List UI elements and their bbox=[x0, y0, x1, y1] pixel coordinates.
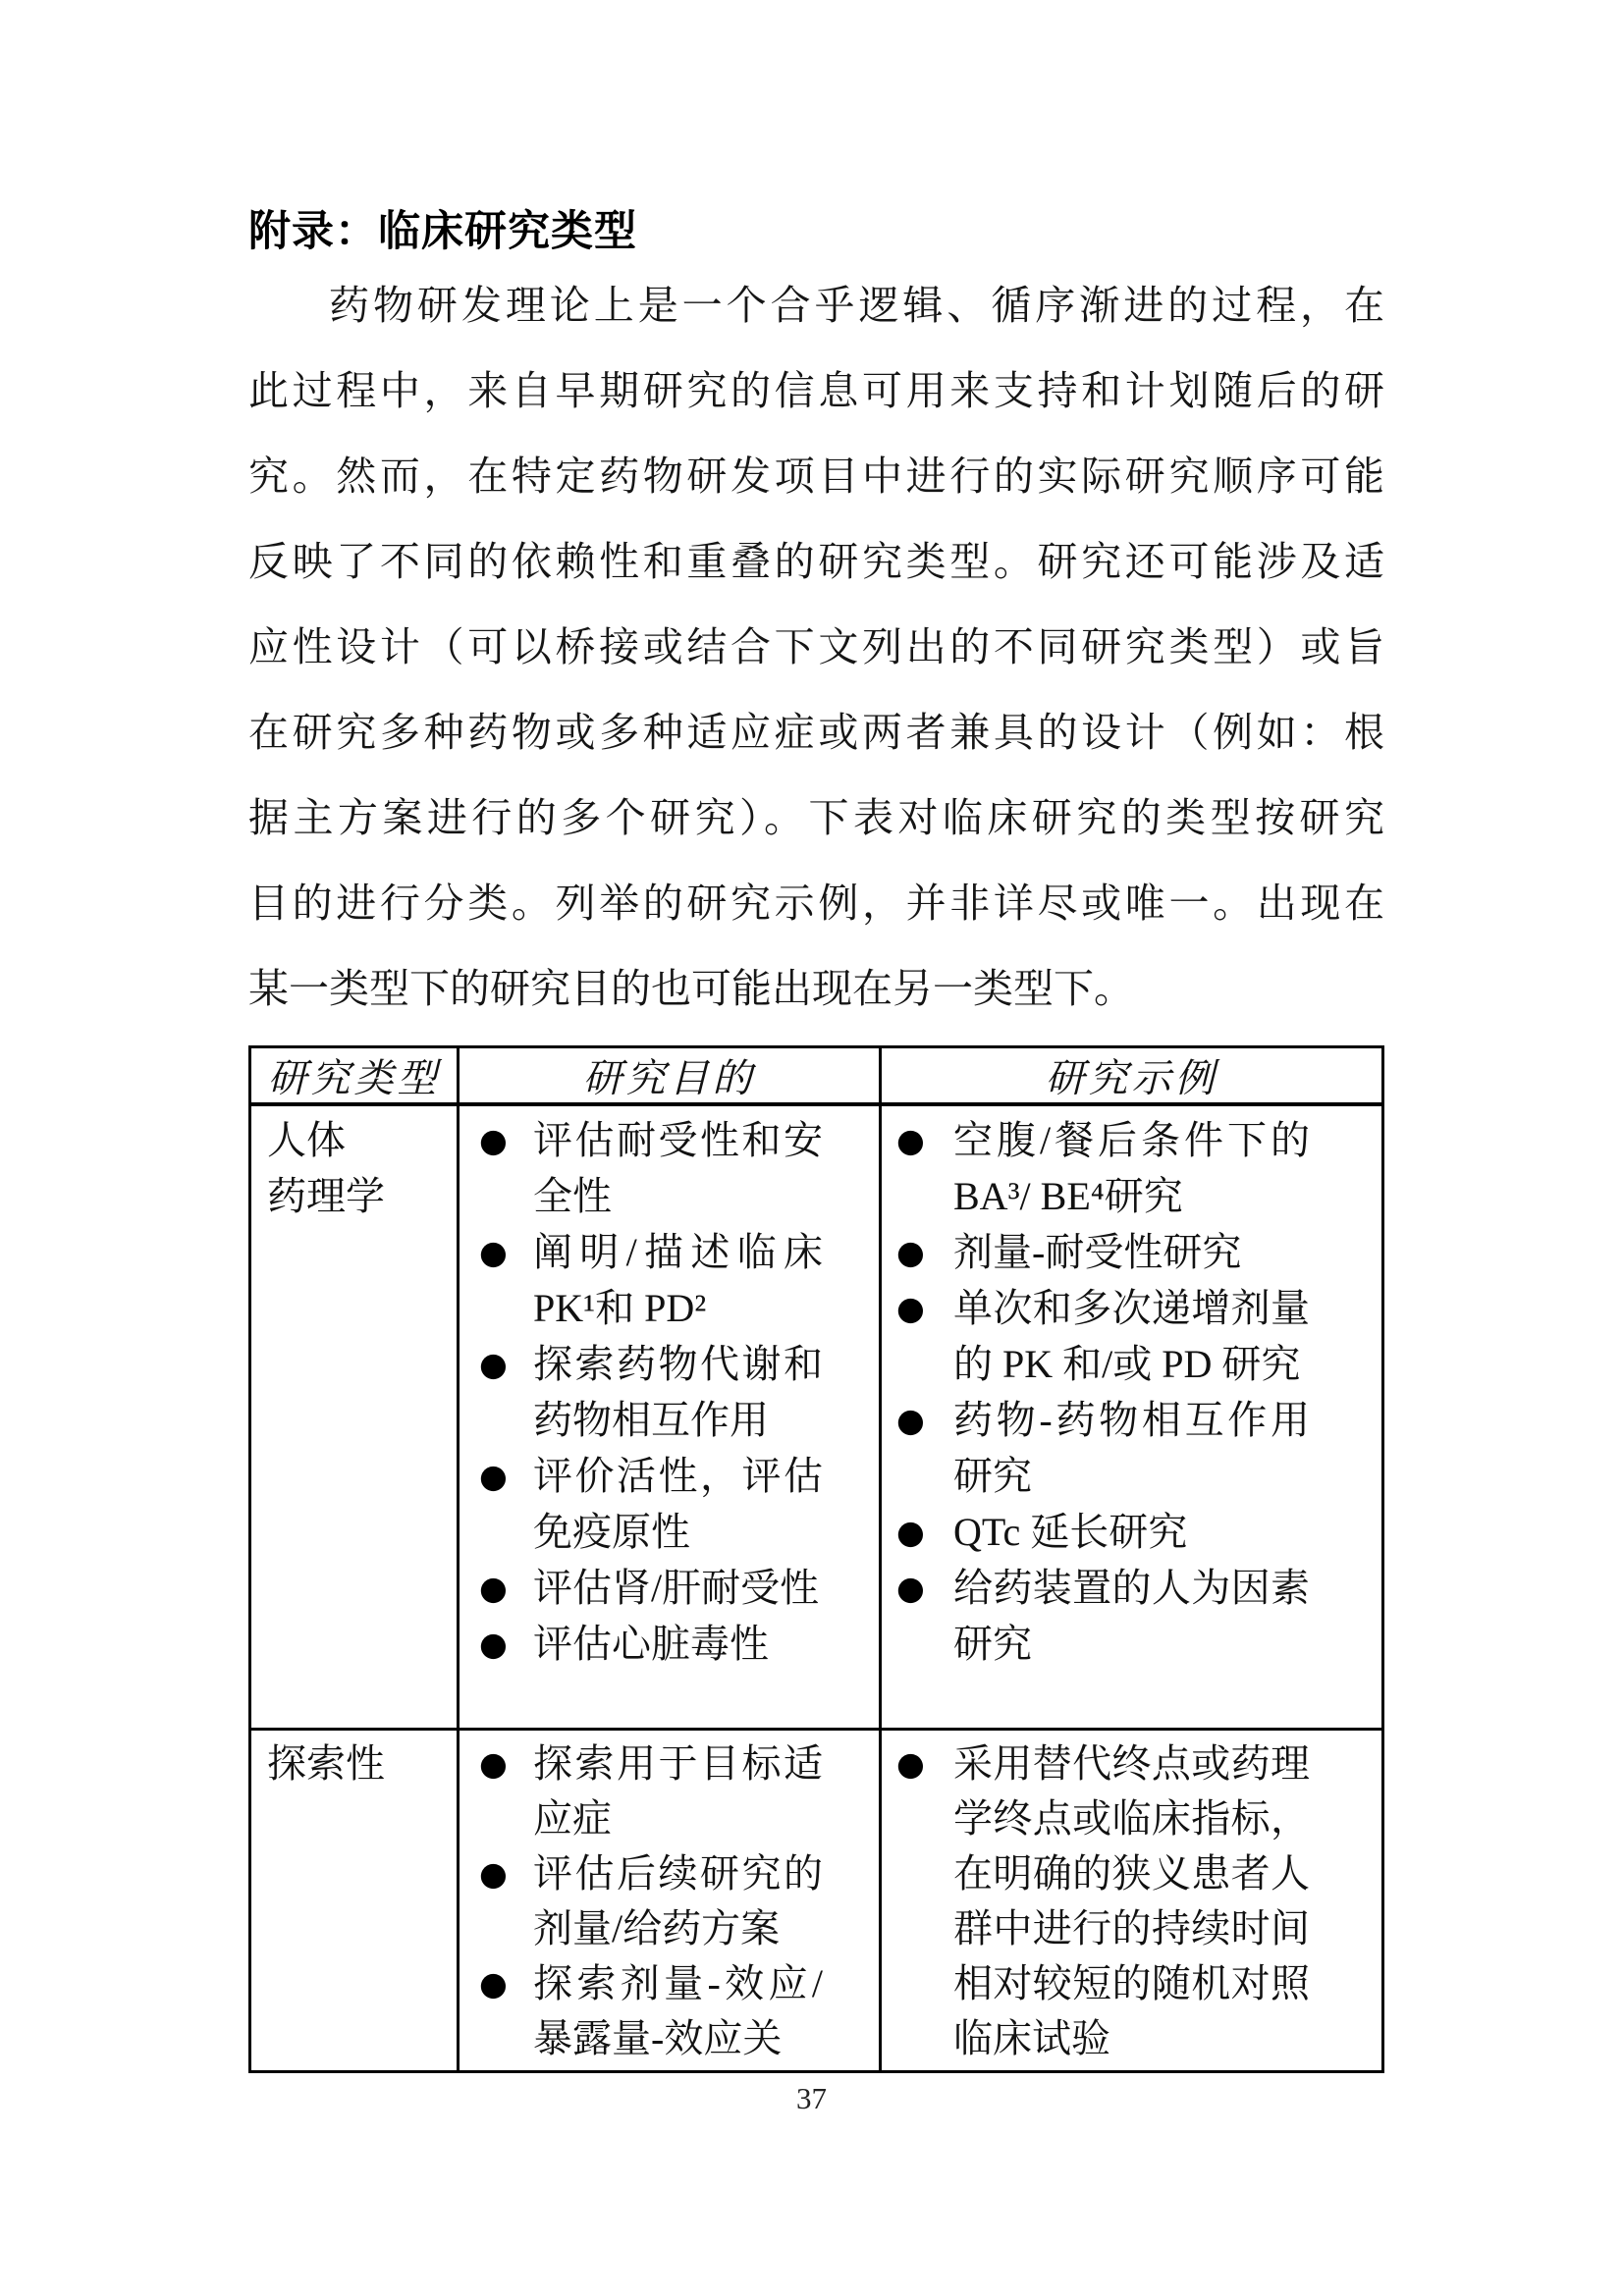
bullet-icon: ● bbox=[896, 1504, 953, 1560]
example-text: 采用替代终点或药理学终点或临床指标，在明确的狭义患者人群中进行的持续时间相对较短… bbox=[953, 1736, 1310, 2066]
exploratory-type-cell: 探索性 bbox=[251, 1731, 460, 2070]
bullet-icon: ● bbox=[896, 1280, 953, 1336]
document-page: 附录：临床研究类型 药物研发理论上是一个合乎逻辑、循序渐进的过程，在 此过程中，… bbox=[0, 0, 1623, 2296]
bullet-icon: ● bbox=[479, 1560, 533, 1616]
col-header-study-example: 研究示例 bbox=[882, 1048, 1381, 1106]
bullet-icon: ● bbox=[479, 1846, 533, 1901]
bullet-icon: ● bbox=[896, 1392, 953, 1448]
type-line: 人体 bbox=[267, 1112, 449, 1168]
objective-text: 探索用于目标适应症 bbox=[533, 1736, 823, 1846]
example-item: ● 采用替代终点或药理学终点或临床指标，在明确的狭义患者人群中进行的持续时间相对… bbox=[896, 1736, 1381, 2066]
exploratory-examples-cell: ● 采用替代终点或药理学终点或临床指标，在明确的狭义患者人群中进行的持续时间相对… bbox=[882, 1731, 1381, 2070]
objective-item: ● 评估心脏毒性 bbox=[479, 1616, 879, 1672]
objective-item: ● 探索用于目标适应症 bbox=[479, 1736, 879, 1846]
study-types-table: 研究类型 研究目的 研究示例 人体 药理学 ● 评估耐受性和安全性 bbox=[248, 1045, 1384, 2073]
objective-text: 评价活性，评估免疫原性 bbox=[533, 1448, 823, 1560]
objective-item: ● 评估耐受性和安全性 bbox=[479, 1112, 879, 1224]
objective-item: ● 评估后续研究的剂量/给药方案 bbox=[479, 1846, 879, 1956]
bullet-icon: ● bbox=[479, 1224, 533, 1280]
bullet-icon: ● bbox=[896, 1112, 953, 1168]
paragraph-line: 反映了不同的依赖性和重叠的研究类型。研究还可能涉及适 bbox=[248, 519, 1384, 605]
objective-text: 评估后续研究的剂量/给药方案 bbox=[533, 1846, 823, 1956]
objective-item: ● 探索药物代谢和药物相互作用 bbox=[479, 1336, 879, 1448]
human-pharmacology-examples-cell: ● 空腹/餐后条件下的BA³/ BE⁴研究 ● 剂量-耐受性研究 ● 单次和多次… bbox=[882, 1106, 1381, 1731]
example-text: 给药装置的人为因素研究 bbox=[953, 1560, 1310, 1672]
paragraph-line: 此过程中，来自早期研究的信息可用来支持和计划随后的研 bbox=[248, 348, 1384, 434]
example-text: 剂量-耐受性研究 bbox=[953, 1224, 1310, 1280]
human-pharmacology-objectives-cell: ● 评估耐受性和安全性 ● 阐明/描述临床PK¹和 PD² ● 探索药物代谢和药… bbox=[460, 1106, 882, 1731]
bullet-icon: ● bbox=[896, 1736, 953, 1791]
objective-text: 评估心脏毒性 bbox=[533, 1616, 823, 1672]
paragraph-line: 某一类型下的研究目的也可能出现在另一类型下。 bbox=[248, 946, 1384, 1032]
bullet-icon: ● bbox=[896, 1560, 953, 1616]
objective-text: 评估耐受性和安全性 bbox=[533, 1112, 823, 1224]
objective-text: 探索药物代谢和药物相互作用 bbox=[533, 1336, 823, 1448]
example-item: ● 空腹/餐后条件下的BA³/ BE⁴研究 bbox=[896, 1112, 1381, 1224]
objective-text: 阐明/描述临床PK¹和 PD² bbox=[533, 1224, 823, 1336]
col-header-study-type: 研究类型 bbox=[251, 1048, 460, 1106]
objective-text: 评估肾/肝耐受性 bbox=[533, 1560, 823, 1616]
example-text: QTc 延长研究 bbox=[953, 1504, 1310, 1560]
bullet-icon: ● bbox=[479, 1448, 533, 1504]
example-text: 药物-药物相互作用研究 bbox=[953, 1392, 1310, 1504]
bullet-icon: ● bbox=[479, 1736, 533, 1791]
bullet-icon: ● bbox=[479, 1112, 533, 1168]
page-content: 附录：临床研究类型 药物研发理论上是一个合乎逻辑、循序渐进的过程，在 此过程中，… bbox=[248, 201, 1384, 2073]
example-item: ● QTc 延长研究 bbox=[896, 1504, 1381, 1560]
bullet-icon: ● bbox=[479, 1336, 533, 1392]
example-item: ● 药物-药物相互作用研究 bbox=[896, 1392, 1381, 1504]
paragraph-line: 药物研发理论上是一个合乎逻辑、循序渐进的过程，在 bbox=[248, 263, 1384, 348]
bullet-icon: ● bbox=[896, 1224, 953, 1280]
bullet-icon: ● bbox=[479, 1616, 533, 1672]
paragraph-line: 在研究多种药物或多种适应症或两者兼具的设计（例如：根 bbox=[248, 690, 1384, 775]
objective-text: 探索剂量-效应/暴露量-效应关 bbox=[533, 1956, 823, 2066]
objective-item: ● 阐明/描述临床PK¹和 PD² bbox=[479, 1224, 879, 1336]
page-number: 37 bbox=[0, 2081, 1623, 2116]
paragraph-line: 据主方案进行的多个研究）。下表对临床研究的类型按研究 bbox=[248, 775, 1384, 861]
paragraph-line: 究。然而，在特定药物研发项目中进行的实际研究顺序可能 bbox=[248, 434, 1384, 519]
paragraph-line: 目的进行分类。列举的研究示例，并非详尽或唯一。出现在 bbox=[248, 861, 1384, 946]
human-pharmacology-type-cell: 人体 药理学 bbox=[251, 1106, 460, 1731]
type-line: 药理学 bbox=[267, 1168, 449, 1224]
objective-item: ● 评估肾/肝耐受性 bbox=[479, 1560, 879, 1616]
intro-paragraph: 药物研发理论上是一个合乎逻辑、循序渐进的过程，在 此过程中，来自早期研究的信息可… bbox=[248, 263, 1384, 1032]
page-title: 附录：临床研究类型 bbox=[248, 201, 1384, 263]
objective-item: ● 评价活性，评估免疫原性 bbox=[479, 1448, 879, 1560]
example-item: ● 剂量-耐受性研究 bbox=[896, 1224, 1381, 1280]
bullet-icon: ● bbox=[479, 1956, 533, 2011]
paragraph-line: 应性设计（可以桥接或结合下文列出的不同研究类型）或旨 bbox=[248, 605, 1384, 690]
objective-item: ● 探索剂量-效应/暴露量-效应关 bbox=[479, 1956, 879, 2066]
exploratory-objectives-cell: ● 探索用于目标适应症 ● 评估后续研究的剂量/给药方案 ● 探索剂量-效应/暴… bbox=[460, 1731, 882, 2070]
type-line: 探索性 bbox=[267, 1736, 449, 1791]
col-header-study-objective: 研究目的 bbox=[460, 1048, 882, 1106]
example-text: 单次和多次递增剂量的 PK 和/或 PD 研究 bbox=[953, 1280, 1310, 1392]
example-text: 空腹/餐后条件下的BA³/ BE⁴研究 bbox=[953, 1112, 1310, 1224]
example-item: ● 单次和多次递增剂量的 PK 和/或 PD 研究 bbox=[896, 1280, 1381, 1392]
example-item: ● 给药装置的人为因素研究 bbox=[896, 1560, 1381, 1672]
